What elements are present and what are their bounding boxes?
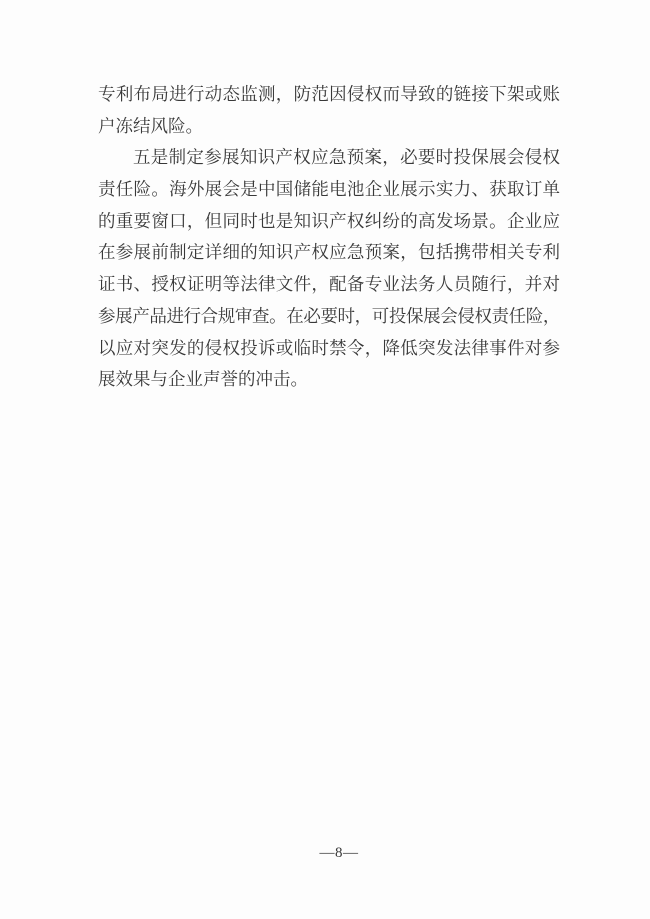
text-line: 责任险。海外展会是中国储能电池企业展示实力、获取订单 bbox=[98, 174, 560, 206]
text-line: 证书、授权证明等法律文件，配备专业法务人员随行，并对 bbox=[98, 269, 560, 301]
text-line: 以应对突发的侵权投诉或临时禁令，降低突发法律事件对参 bbox=[98, 333, 560, 365]
text-line: 五是制定参展知识产权应急预案，必要时投保展会侵权 bbox=[98, 142, 560, 174]
text-line: 的重要窗口，但同时也是知识产权纠纷的高发场景。企业应 bbox=[98, 206, 560, 238]
text-line: 展效果与企业声誉的冲击。 bbox=[98, 364, 560, 396]
page-footer: —8— bbox=[28, 844, 650, 862]
text-line: 参展产品进行合规审查。在必要时，可投保展会侵权责任险， bbox=[98, 301, 560, 333]
body-text: 专利布局进行动态监测，防范因侵权而导致的链接下架或账户冻结风险。五是制定参展知识… bbox=[98, 79, 560, 396]
document-page: 专利布局进行动态监测，防范因侵权而导致的链接下架或账户冻结风险。五是制定参展知识… bbox=[0, 0, 650, 919]
text-line: 户冻结风险。 bbox=[98, 111, 560, 143]
page-number: —8— bbox=[320, 845, 359, 861]
text-line: 在参展前制定详细的知识产权应急预案，包括携带相关专利 bbox=[98, 237, 560, 269]
text-line: 专利布局进行动态监测，防范因侵权而导致的链接下架或账 bbox=[98, 79, 560, 111]
